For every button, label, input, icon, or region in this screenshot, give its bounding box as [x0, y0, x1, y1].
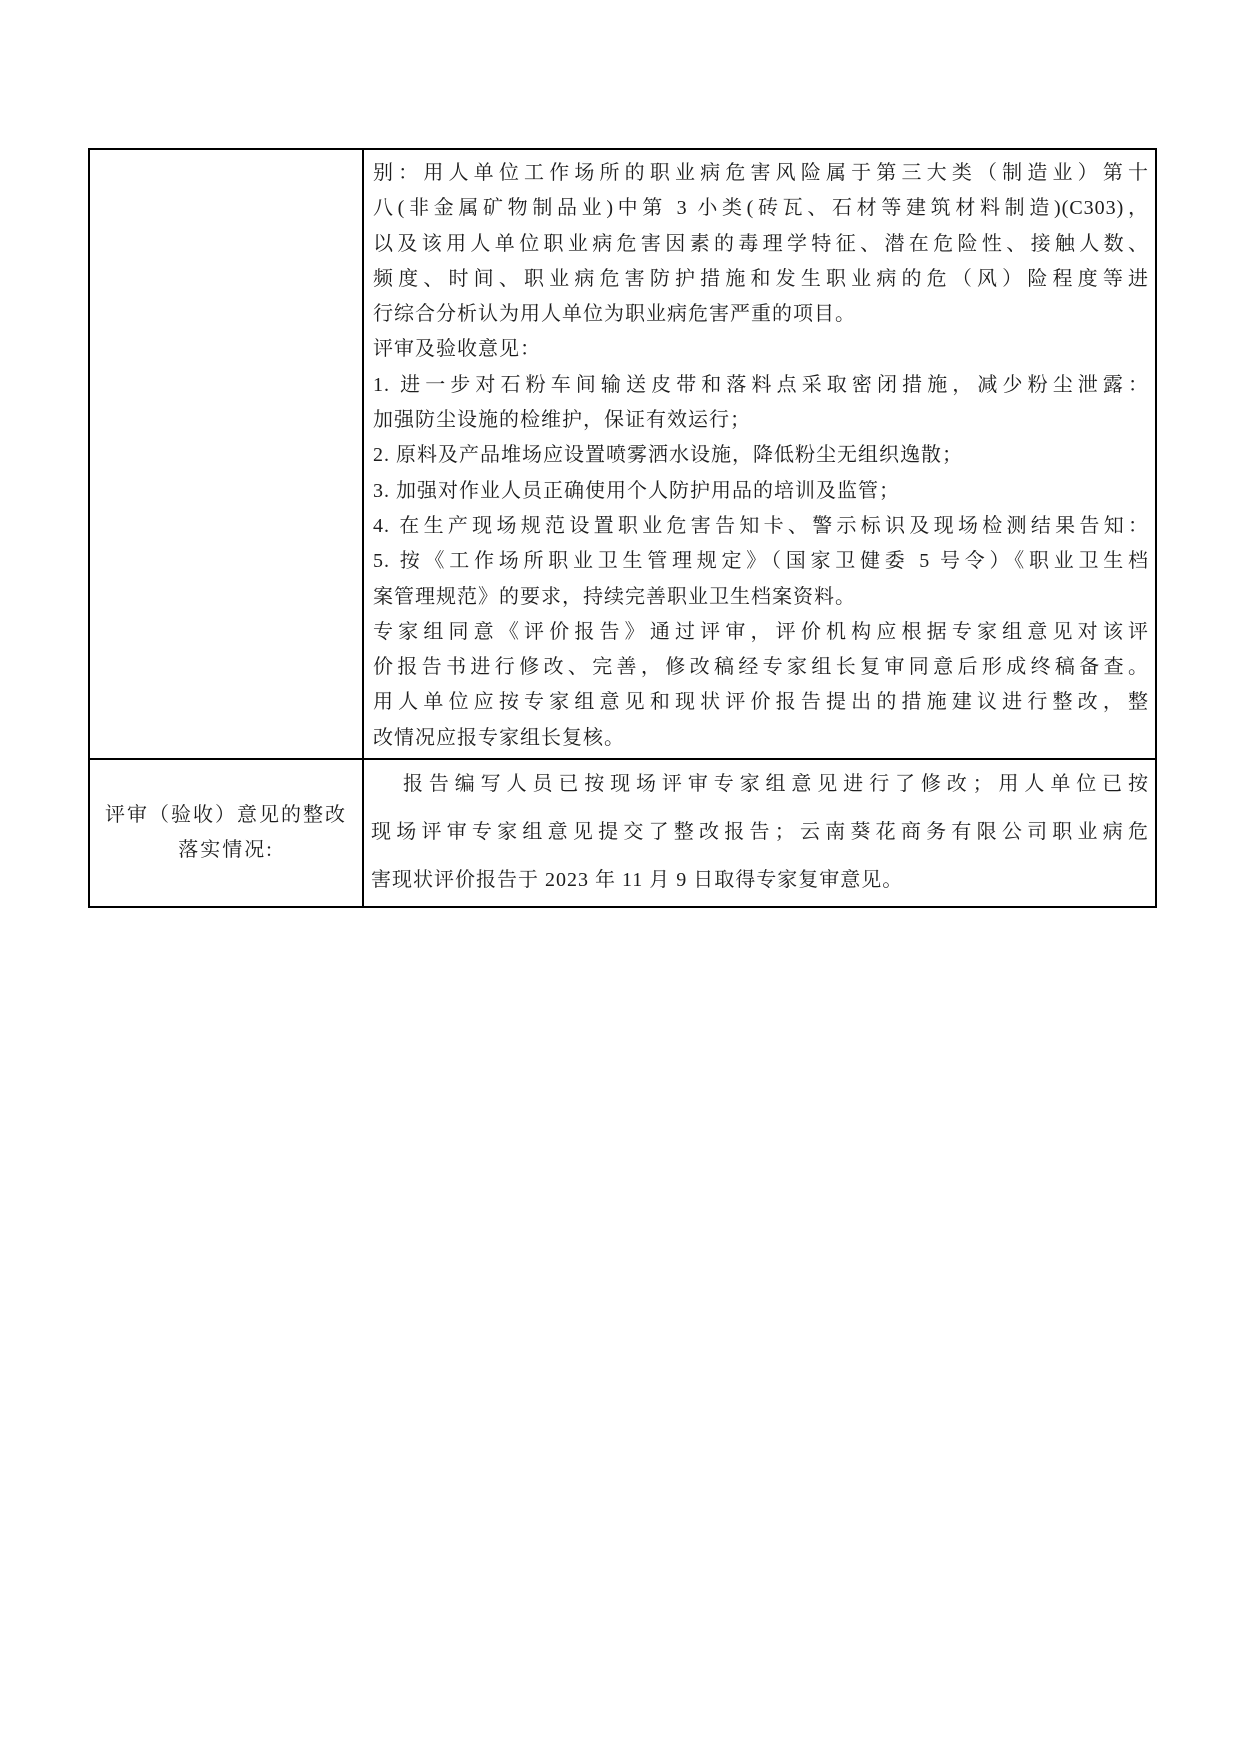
table-row-rectification: 评审（验收）意见的整改 落实情况: 报告编写人员已按现场评审专家组意见进行了修改… — [89, 759, 1156, 907]
rectification-label-line1: 评审（验收）意见的整改 — [90, 798, 362, 833]
text-line: 1. 进一步对石粉车间输送皮带和落料点采取密闭措施，减少粉尘泄露： — [373, 368, 1149, 403]
text-line: 频度、时间、职业病危害防护措施和发生职业病的危（风）险程度等进 — [373, 262, 1149, 297]
row1-content-cell: 别：用人单位工作场所的职业病危害风险属于第三大类（制造业）第十八(非金属矿物制品… — [363, 149, 1156, 759]
text-line: 案管理规范》的要求，持续完善职业卫生档案资料。 — [373, 580, 1149, 615]
text-line: 改情况应报专家组长复核。 — [373, 721, 1149, 756]
text-line: 报告编写人员已按现场评审专家组意见进行了修改；用人单位已按 — [371, 760, 1149, 808]
text-line: 5. 按《工作场所职业卫生管理规定》（国家卫健委 5 号令）《职业卫生档 — [373, 544, 1149, 579]
review-opinion-table: 别：用人单位工作场所的职业病危害风险属于第三大类（制造业）第十八(非金属矿物制品… — [88, 148, 1157, 908]
row2-label-cell: 评审（验收）意见的整改 落实情况: — [89, 759, 363, 907]
row2-content-cell: 报告编写人员已按现场评审专家组意见进行了修改；用人单位已按现场评审专家组意见提交… — [363, 759, 1156, 907]
review-opinion-text: 别：用人单位工作场所的职业病危害风险属于第三大类（制造业）第十八(非金属矿物制品… — [364, 150, 1155, 756]
text-line: 现场评审专家组意见提交了整改报告；云南葵花商务有限公司职业病危 — [371, 808, 1149, 856]
row1-label-cell-empty — [89, 149, 363, 759]
rectification-status-text: 报告编写人员已按现场评审专家组意见进行了修改；用人单位已按现场评审专家组意见提交… — [364, 760, 1155, 904]
text-line: 2. 原料及产品堆场应设置喷雾洒水设施，降低粉尘无组织逸散； — [373, 438, 1149, 473]
text-line: 评审及验收意见： — [373, 332, 1149, 367]
text-line: 加强防尘设施的检维护，保证有效运行； — [373, 403, 1149, 438]
text-line: 用人单位应按专家组意见和现状评价报告提出的措施建议进行整改，整 — [373, 685, 1149, 720]
text-line: 别：用人单位工作场所的职业病危害风险属于第三大类（制造业）第十 — [373, 156, 1149, 191]
text-line: 以及该用人单位职业病危害因素的毒理学特征、潜在危险性、接触人数、 — [373, 227, 1149, 262]
rectification-label: 评审（验收）意见的整改 落实情况: — [90, 798, 362, 868]
document-page: 别：用人单位工作场所的职业病危害风险属于第三大类（制造业）第十八(非金属矿物制品… — [0, 0, 1240, 1753]
table-row-review-opinion: 别：用人单位工作场所的职业病危害风险属于第三大类（制造业）第十八(非金属矿物制品… — [89, 149, 1156, 759]
text-line: 八(非金属矿物制品业)中第 3 小类(砖瓦、石材等建筑材料制造)(C303)， — [373, 191, 1149, 226]
text-line: 专家组同意《评价报告》通过评审，评价机构应根据专家组意见对该评 — [373, 615, 1149, 650]
text-line: 价报告书进行修改、完善，修改稿经专家组长复审同意后形成终稿备查。 — [373, 650, 1149, 685]
text-line: 行综合分析认为用人单位为职业病危害严重的项目。 — [373, 297, 1149, 332]
rectification-label-line2: 落实情况: — [90, 833, 362, 868]
text-line: 4. 在生产现场规范设置职业危害告知卡、警示标识及现场检测结果告知： — [373, 509, 1149, 544]
text-line: 3. 加强对作业人员正确使用个人防护用品的培训及监管； — [373, 474, 1149, 509]
text-line: 害现状评价报告于 2023 年 11 月 9 日取得专家复审意见。 — [371, 856, 1149, 904]
